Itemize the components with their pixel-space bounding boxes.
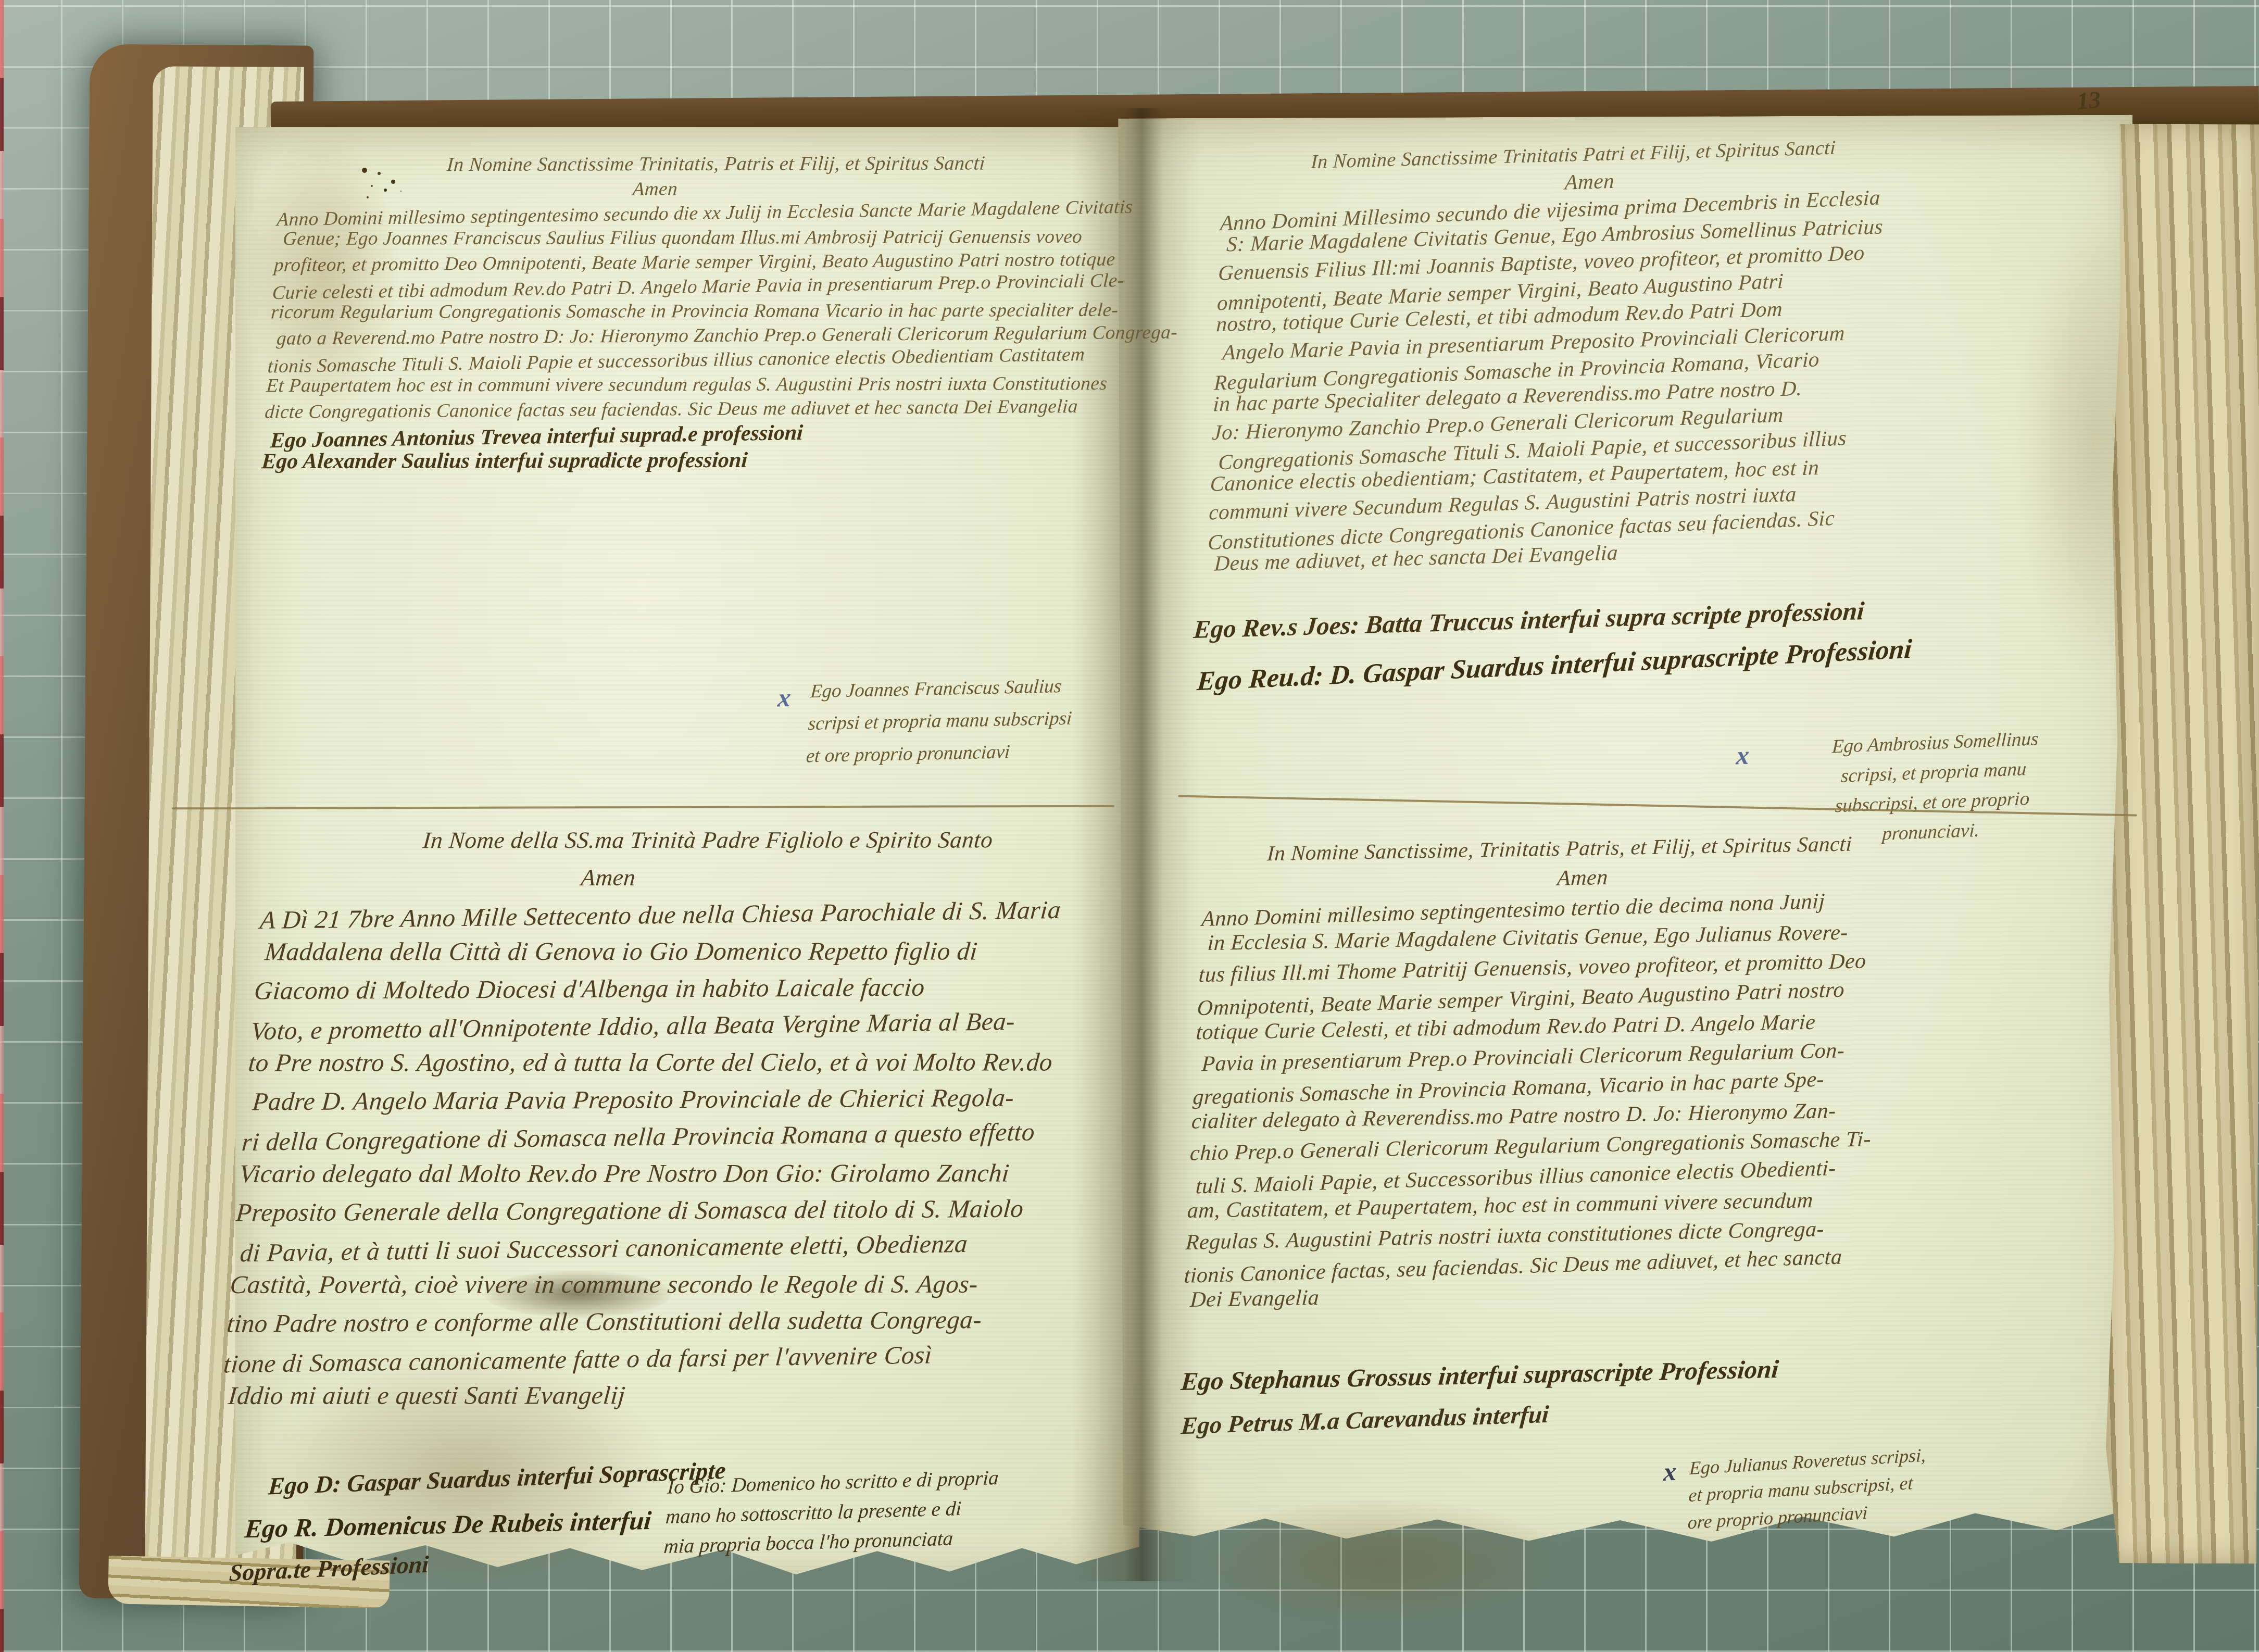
left-signature-block: x Ego Joannes Franciscus Saulius scripsi… (805, 670, 1075, 773)
entry-heading: In Nome della SS.ma Trinità Padre Figlio… (265, 821, 1163, 859)
photo-scene: { "photo": { "subject": "open manuscript… (0, 0, 2259, 1652)
entry-heading: In Nomine Sanctissime Trinitatis, Patris… (280, 151, 1140, 178)
witness-x-mark: x (776, 681, 792, 714)
witness-x-mark: x (1736, 740, 1750, 770)
right-june-entry: In Nomine Sanctissime, Trinitatis Patris… (1182, 822, 2127, 1317)
signature-line: et ore proprio pronunciavi (805, 735, 1071, 773)
left-italian-entry: In Nome della SS.ma Trinità Padre Figlio… (219, 819, 1163, 1416)
film-edge-strip (0, 0, 4, 1652)
signature-line: Ego Joannes Franciscus Saulius (809, 670, 1075, 708)
page-number: 13 (2076, 85, 2102, 115)
manuscript-line: Iddio mi aiuti e questi Santi Evangelij (227, 1376, 1118, 1414)
manuscript-line: Et Paupertatem hoc est in communi vivere… (266, 371, 1126, 398)
manuscript-line: Vicario delegato dal Molto Rev.do Pre No… (237, 1154, 1136, 1192)
left-latin-entry: In Nomine Sanctissime Trinitatis, Patris… (261, 149, 1140, 477)
witness-x-mark: x (1663, 1457, 1677, 1485)
manuscript-line: Castità, Povertà, cioè vivere in commune… (229, 1265, 1127, 1303)
professed-declaration: Io Gio: Domenico ho scritto e di propria… (663, 1463, 1000, 1561)
right-december-entry: In Nomine Sanctissime Trinitatis Patri e… (1207, 125, 2118, 579)
manuscript-line: Genue; Ego Joannes Franciscus Saulius Fi… (282, 224, 1136, 251)
witness-line: Ego Alexander Saulius interfui supradict… (261, 446, 1122, 474)
manuscript-line: Maddalena della Città di Genova io Gio D… (263, 932, 1154, 970)
signature-line: scripsi et propria manu subscripsi (807, 703, 1073, 741)
fore-edge-pages (2105, 124, 2259, 1564)
manuscript-line: ricorum Regularium Congregationis Somasc… (270, 298, 1131, 324)
manuscript-line: to Pre nostro S. Agostino, ed à tutta la… (247, 1043, 1145, 1081)
